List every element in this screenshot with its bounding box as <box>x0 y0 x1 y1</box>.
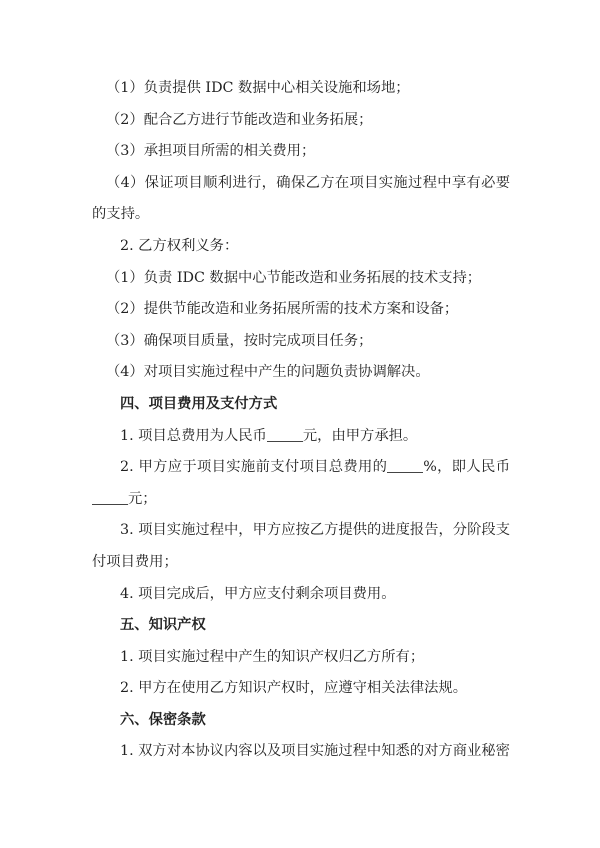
section-4-item-3: 3. 项目实施过程中，甲方应按乙方提供的进度报告，分阶段支付项目费用； <box>92 515 510 578</box>
partyA-duty-1: （1）负责提供 IDC 数据中心相关设施和场地； <box>92 73 510 105</box>
prepay-amount-blank[interactable] <box>92 489 128 504</box>
partyB-duty-4: （4）对项目实施过程中产生的问题负责协调解决。 <box>92 357 510 389</box>
section-6-item-1: 1. 双方对本协议内容以及项目实施过程中知悉的对方商业秘密 <box>92 736 510 768</box>
partyB-duty-3: （3）确保项目质量，按时完成项目任务； <box>92 326 510 358</box>
section-5-item-2: 2. 甲方在使用乙方知识产权时，应遵守相关法律法规。 <box>92 673 510 705</box>
item1-text: 1. 项目总费用为人民币 <box>120 428 267 444</box>
section-4-title: 四、项目费用及支付方式 <box>92 389 510 421</box>
partyA-duty-3: （3）承担项目所需的相关费用； <box>92 136 510 168</box>
section-5-title: 五、知识产权 <box>92 610 510 642</box>
partyB-heading: 2. 乙方权利义务： <box>92 231 510 263</box>
section-4-item-2: 2. 甲方应于项目实施前支付项目总费用的%，即人民币元； <box>92 452 510 515</box>
section-6-title: 六、保密条款 <box>92 705 510 737</box>
section-5-item-1: 1. 项目实施过程中产生的知识产权归乙方所有； <box>92 642 510 674</box>
item2-text-end: 元； <box>128 491 157 507</box>
partyB-duty-1: （1）负责 IDC 数据中心节能改造和业务拓展的技术支持； <box>92 263 510 295</box>
partyA-duty-4: （4）保证项目顺利进行，确保乙方在项目实施过程中享有必要的支持。 <box>92 168 510 231</box>
section-4-item-1: 1. 项目总费用为人民币元，由甲方承担。 <box>92 421 510 453</box>
document-page: （1）负责提供 IDC 数据中心相关设施和场地； （2）配合乙方进行节能改造和业… <box>92 73 510 768</box>
item2-text-mid: %，即人民币 <box>423 459 510 475</box>
section-4-item-4: 4. 项目完成后，甲方应支付剩余项目费用。 <box>92 579 510 611</box>
item2-text: 2. 甲方应于项目实施前支付项目总费用的 <box>120 459 387 475</box>
amount-blank[interactable] <box>267 426 303 441</box>
percent-blank[interactable] <box>387 458 423 473</box>
item1-text-end: 元，由甲方承担。 <box>303 428 417 444</box>
partyB-duty-2: （2）提供节能改造和业务拓展所需的技术方案和设备； <box>92 294 510 326</box>
partyA-duty-2: （2）配合乙方进行节能改造和业务拓展； <box>92 105 510 137</box>
